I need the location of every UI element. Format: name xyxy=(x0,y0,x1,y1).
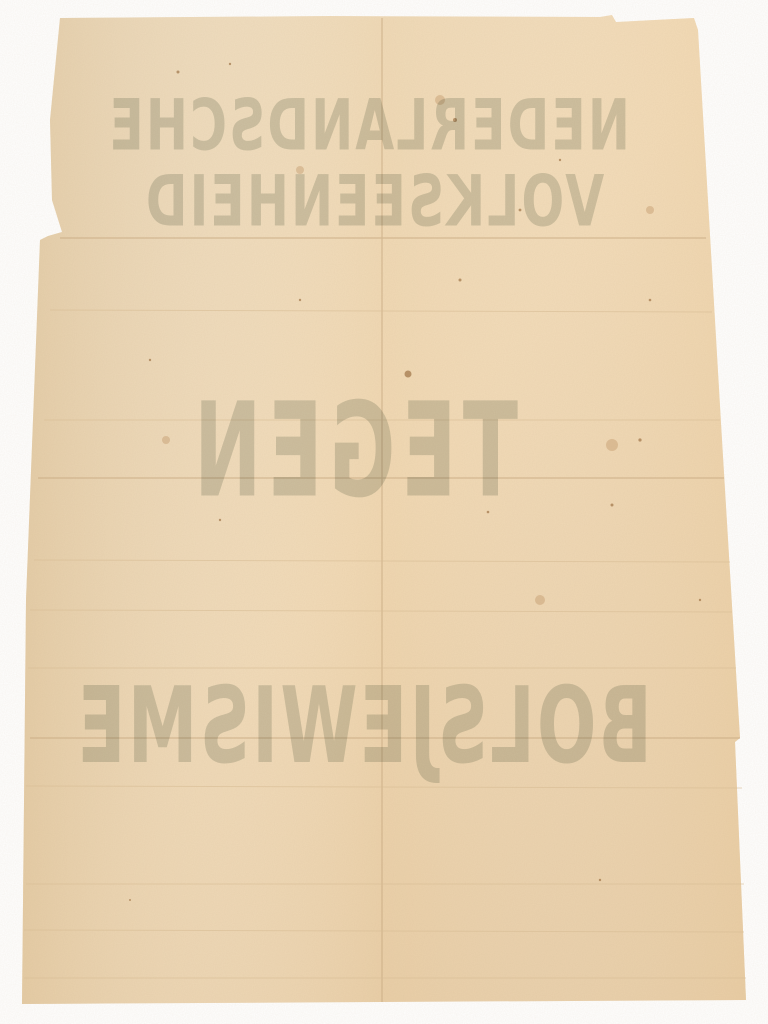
mirrored-heading-line-2: VOLKSEENHEID xyxy=(118,159,630,247)
mirrored-heading-line-1: NEDERLANDSCHE xyxy=(118,83,630,171)
mirrored-heading-line-4: BOLSJEWISME xyxy=(104,653,652,802)
mirrored-heading-line-3: TEGEN xyxy=(236,365,518,539)
poster-reverse-side: NEDERLANDSCHE VOLKSEENHEID TEGEN BOLSJEW… xyxy=(0,0,768,1024)
